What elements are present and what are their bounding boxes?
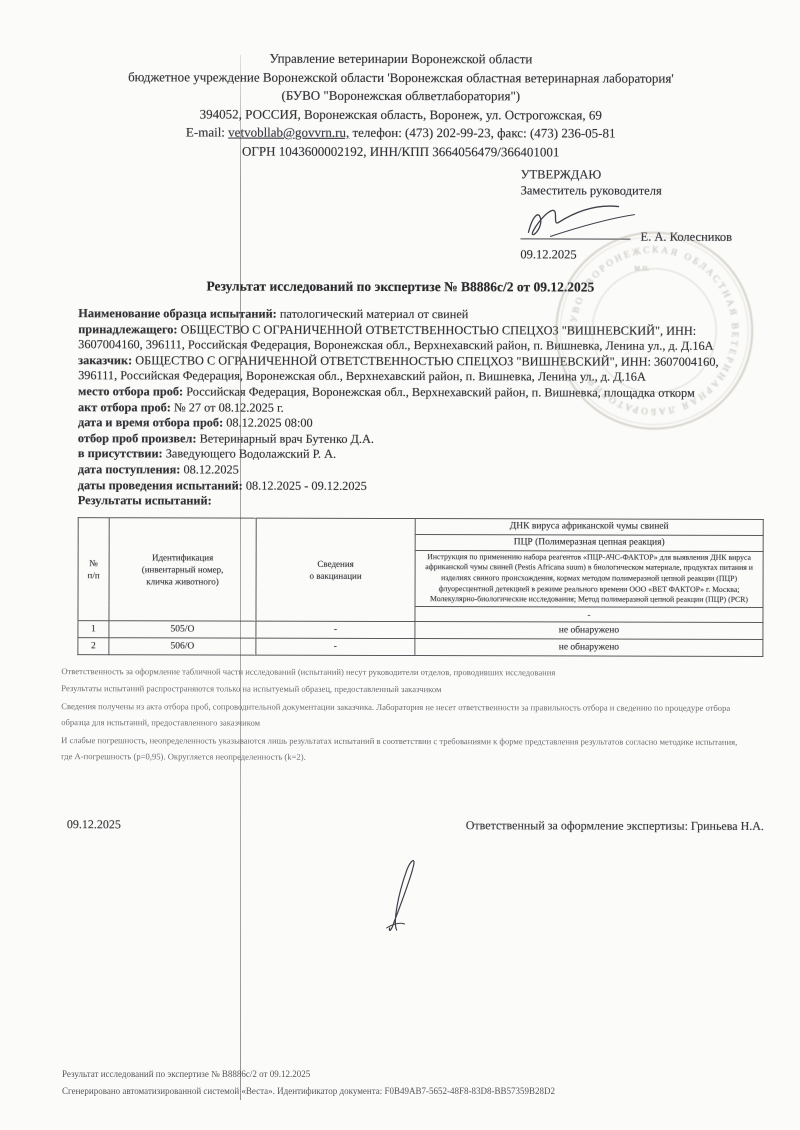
table-header-row: № п/п Идентификация (инвентарный номер, …	[78, 517, 763, 535]
subheader-dash: -	[415, 606, 763, 622]
row-result: не обнаружено	[415, 621, 763, 639]
table-row: 1 505/О - не обнаружено	[78, 620, 763, 639]
approval-date: 09.12.2025	[520, 246, 780, 263]
field-value: 08.12.2025 - 09.12.2025	[243, 478, 367, 492]
row-vaccination: -	[256, 621, 415, 638]
field-value: Ветеринарный врач Бутенко Д.А.	[196, 431, 374, 445]
test-method-header: ПЦР (Полимеразная цепная реакция)	[415, 534, 763, 551]
org-address: 394052, РОССИЯ, Воронежская область, Вор…	[56, 105, 746, 125]
field-label: дата и время отбора проб:	[78, 415, 223, 429]
col-header-vaccination: Сведения о вакцинации	[256, 518, 415, 621]
field-value: ОБЩЕСТВО С ОГРАНИЧЕННОЙ ОТВЕТСТВЕННОСТЬЮ…	[78, 353, 718, 384]
approver-signature-icon	[522, 192, 652, 244]
footnote: Ответственность за оформление табличной …	[61, 663, 739, 681]
field-value: Российская Федерация, Воронежская обл., …	[183, 384, 695, 399]
col-header-num: № п/п	[78, 517, 109, 620]
footer-generated-line: Сгенерировано автоматизированной системо…	[62, 1083, 762, 1100]
row-id: 505/О	[109, 620, 256, 637]
scanned-document-page: Управление ветеринарии Воронежской облас…	[0, 0, 800, 1130]
field-label: место отбора проб:	[78, 384, 183, 398]
org-ogrn-inn: ОГРН 1043600002192, ИНН/КПП 3664056479/3…	[56, 142, 746, 162]
row-num: 2	[78, 637, 109, 654]
field-label: даты проведения испытаний:	[78, 478, 243, 492]
email-link[interactable]: vetvobllab@govvrn.ru,	[228, 125, 349, 140]
col-header-identification: Идентификация (инвентарный номер, кличка…	[109, 517, 256, 620]
field-value: 08.12.2025	[180, 462, 238, 476]
org-fullname: бюджетное учреждение Воронежской области…	[56, 68, 746, 88]
approver-signature-area: Е. А. Колесников	[520, 198, 780, 247]
approve-label: УТВЕРЖДАЮ	[521, 166, 781, 183]
signoff-responsible: Ответственный за оформление экспертизы: …	[466, 818, 764, 834]
report-title: Результат исследований по экспертизе № В…	[40, 278, 760, 296]
table-row: 2 506/О - не обнаружено	[78, 637, 763, 656]
field-label: Наименование образца испытаний:	[78, 306, 277, 321]
org-shortname: (БУВО "Воронежская облветлаборатория")	[56, 86, 746, 106]
org-header: Управление ветеринарии Воронежской облас…	[56, 49, 746, 162]
field-value: № 27 от 08.12.2025 г.	[171, 400, 284, 414]
org-contacts: E-mail: vetvobllab@govvrn.ru, телефон: (…	[56, 123, 746, 143]
footer-expertise-line: Результат исследований по экспертизе № В…	[62, 1066, 762, 1083]
responsible-signature-icon	[359, 852, 429, 937]
approver-name: Е. А. Колесников	[640, 229, 732, 245]
field-value: патологический материал от свиней	[277, 307, 469, 322]
field-label: дата поступления:	[78, 462, 181, 476]
footnote: И слабые погрешность, неопределенность у…	[61, 732, 739, 767]
results-table: № п/п Идентификация (инвентарный номер, …	[77, 517, 763, 657]
approval-block: УТВЕРЖДАЮ Заместитель руководителя Е. А.…	[520, 166, 780, 263]
footnote: Сведения получены из акта отбора проб, с…	[61, 698, 739, 733]
scan-fold-line	[240, 55, 241, 1100]
document-footer: Результат исследований по экспертизе № В…	[62, 1066, 762, 1100]
stamp-mp-text: м.п.	[634, 263, 649, 273]
org-name: Управление ветеринарии Воронежской облас…	[56, 49, 746, 69]
email-label: E-mail:	[186, 124, 228, 139]
results-label: Результаты испытаний:	[78, 493, 212, 507]
footnote: Результаты испытаний распространяются то…	[61, 680, 739, 698]
signoff-date: 09.12.2025	[67, 817, 121, 832]
row-num: 1	[78, 620, 109, 637]
field-label: акт отбора проб:	[78, 400, 171, 414]
row-vaccination: -	[256, 638, 415, 655]
row-id: 506/О	[109, 637, 256, 654]
phone-fax: телефон: (473) 202-99-23, факс: (473) 23…	[349, 125, 615, 141]
test-instruction: Инструкция по применению набора реагенто…	[415, 550, 763, 607]
signoff-row: 09.12.2025 Ответственный за оформление э…	[67, 817, 764, 834]
field-label: отбор проб произвел:	[78, 431, 197, 445]
field-value: 08.12.2025 08:00	[223, 416, 313, 430]
field-label: принадлежащего:	[78, 322, 177, 336]
field-label: в присутствии:	[78, 447, 163, 461]
responsible-signature-area	[359, 852, 429, 942]
field-value: Заведующего Водолажский Р. А.	[163, 447, 336, 461]
field-label: заказчик:	[78, 353, 132, 367]
test-group-header: ДНК вируса африканской чумы свиней	[415, 518, 763, 535]
row-result: не обнаружено	[415, 638, 763, 656]
footnotes: Ответственность за оформление табличной …	[61, 663, 739, 767]
document-content: Управление ветеринарии Воронежской облас…	[0, 0, 800, 834]
details-section: Наименование образца испытаний: патологи…	[78, 306, 741, 510]
